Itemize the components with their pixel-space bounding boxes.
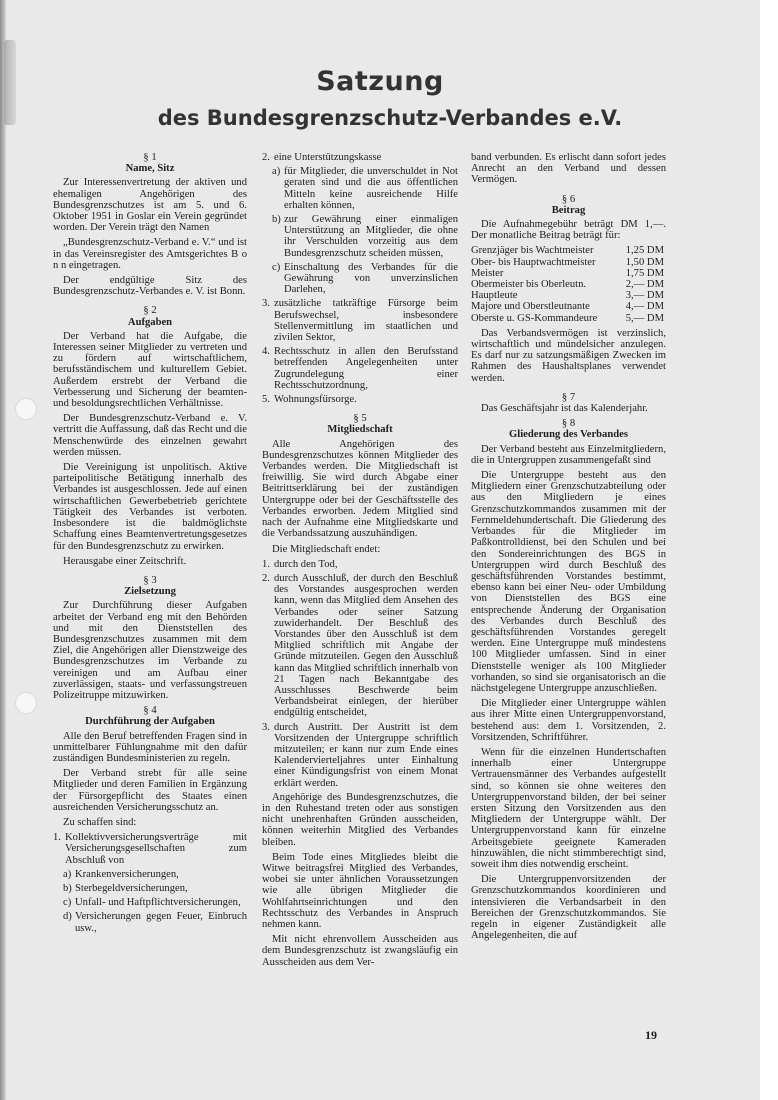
list-marker: 1. xyxy=(262,559,274,570)
list-item: 1. Kollektivversicherungsverträge mit Ve… xyxy=(53,832,247,866)
paragraph: Das Geschäftsjahr ist das Kalenderjahr. xyxy=(471,403,666,414)
paragraph: Mit nicht ehrenvollem Ausscheiden aus de… xyxy=(262,934,458,968)
list-item: a)für Mitglieder, die unverschuldet in N… xyxy=(272,166,458,211)
page-number: 19 xyxy=(645,1028,657,1043)
document-title: Satzung xyxy=(0,66,760,97)
section-title: Durchführung der Aufgaben xyxy=(53,716,247,727)
list-item: d)Versicherungen gegen Feuer, Einbruch u… xyxy=(63,911,247,933)
document-page: Satzung des Bundesgrenzschutz-Verbandes … xyxy=(0,0,760,1100)
page-binding-edge xyxy=(0,0,6,1100)
paragraph: Die Mitgliedschaft endet: xyxy=(262,544,458,555)
paragraph: Die Untergruppenvorsitzenden der Grenzsc… xyxy=(471,874,666,941)
section-number: § 1 xyxy=(53,152,247,163)
section-title: Zielsetzung xyxy=(53,586,247,597)
punch-hole xyxy=(15,692,37,714)
fee-group: Majore und Oberstleutnante xyxy=(471,301,619,312)
section-title: Gliederung des Verbandes xyxy=(471,429,666,440)
list-marker: a) xyxy=(272,166,284,211)
fee-group: Meister xyxy=(471,268,619,279)
list-item: 4.Rechtsschutz in allen den Berufsstand … xyxy=(262,346,458,391)
section-number: § 6 xyxy=(471,194,666,205)
paragraph: Der endgültige Sitz des Bundesgrenzschut… xyxy=(53,275,247,297)
paragraph: Alle Angehörigen des Bundesgrenzschutzes… xyxy=(262,439,458,540)
list-marker: 2. xyxy=(262,573,274,719)
paragraph: Beim Tode eines Mitgliedes bleibt die Wi… xyxy=(262,852,458,930)
fee-group: Ober- bis Hauptwachtmeister xyxy=(471,257,619,268)
list-marker: 2. xyxy=(262,152,274,163)
section-number: § 8 xyxy=(471,418,666,429)
paragraph: Zur Interessenvertretung der aktiven und… xyxy=(53,177,247,233)
section-title: Mitgliedschaft xyxy=(262,424,458,435)
paragraph: Der Verband besteht aus Einzelmitglieder… xyxy=(471,444,666,466)
list-text: Wohnungsfürsorge. xyxy=(274,394,458,405)
list-text: zur Gewährung einer einmaligen Unterstüt… xyxy=(284,214,458,259)
fee-amount: 2,— DM xyxy=(619,279,666,290)
list-marker: c) xyxy=(63,897,75,908)
list-marker: 1. xyxy=(53,832,65,866)
list-item: a)Krankenversicherungen, xyxy=(63,869,247,880)
fee-row: Majore und Oberstleutnante4,— DM xyxy=(471,301,666,312)
list-marker: b) xyxy=(272,214,284,259)
paragraph: „Bundesgrenzschutz-Verband e. V.“ und is… xyxy=(53,237,247,271)
list-marker: a) xyxy=(63,869,75,880)
list-text: Rechtsschutz in allen den Berufsstand be… xyxy=(274,346,458,391)
paragraph: Der Verband strebt für alle seine Mitgli… xyxy=(53,768,247,813)
fee-amount: 1,25 DM xyxy=(619,245,666,256)
punch-hole xyxy=(15,398,37,420)
column-1: § 1 Name, Sitz Zur Interessenvertretung … xyxy=(53,152,247,937)
list-text: für Mitglieder, die unverschuldet in Not… xyxy=(284,166,458,211)
list-text: durch Ausschluß, der durch den Beschluß … xyxy=(274,573,458,719)
fee-row: Oberste u. GS-Kommandeure5,— DM xyxy=(471,313,666,324)
paragraph: Zu schaffen sind: xyxy=(53,817,247,828)
list-item: 2.durch Ausschluß, der durch den Beschlu… xyxy=(262,573,458,719)
fee-amount: 5,— DM xyxy=(619,313,666,324)
section-number: § 4 xyxy=(53,705,247,716)
fee-row: Ober- bis Hauptwachtmeister1,50 DM xyxy=(471,257,666,268)
list-text: zusätzliche tatkräftige Fürsorge beim Be… xyxy=(274,298,458,343)
list-item: b)Sterbegeldversicherungen, xyxy=(63,883,247,894)
list-item: c)Einschaltung des Verbandes für die Gew… xyxy=(272,262,458,296)
list-item: 3.durch Austritt. Der Austritt ist dem V… xyxy=(262,722,458,789)
list-text: Unfall- und Haftpflichtversicherungen, xyxy=(75,897,247,908)
paragraph: Die Vereinigung ist unpolitisch. Aktive … xyxy=(53,462,247,552)
list-marker: 3. xyxy=(262,298,274,343)
document-subtitle: des Bundesgrenzschutz-Verbandes e.V. xyxy=(10,106,770,130)
column-2: 2. eine Unterstützungskasse a)für Mitgli… xyxy=(262,152,458,972)
fee-row: Hauptleute3,— DM xyxy=(471,290,666,301)
paragraph: Der Verband hat die Aufgabe, die Interes… xyxy=(53,331,247,409)
paragraph: Zur Durchführung dieser Aufgaben arbeite… xyxy=(53,600,247,701)
list-item: 1.durch den Tod, xyxy=(262,559,458,570)
section-title: Aufgaben xyxy=(53,317,247,328)
fee-group: Oberste u. GS-Kommandeure xyxy=(471,313,619,324)
paragraph: Angehörige des Bundesgrenzschutzes, die … xyxy=(262,792,458,848)
paragraph: Wenn für die einzelnen Hundertschaften i… xyxy=(471,747,666,870)
fee-amount: 1,50 DM xyxy=(619,257,666,268)
fee-group: Grenzjäger bis Wachtmeister xyxy=(471,245,619,256)
section-number: § 7 xyxy=(471,392,666,403)
fee-row: Meister1,75 DM xyxy=(471,268,666,279)
list-item: c)Unfall- und Haftpflichtversicherungen, xyxy=(63,897,247,908)
paragraph: Die Aufnahmegebühr beträgt DM 1,—. Der m… xyxy=(471,219,666,241)
paragraph: Alle den Beruf betreffenden Fragen sind … xyxy=(53,731,247,765)
list-marker: 5. xyxy=(262,394,274,405)
paragraph: Die Untergruppe besteht aus den Mitglied… xyxy=(471,470,666,694)
section-number: § 3 xyxy=(53,575,247,586)
list-marker: 3. xyxy=(262,722,274,789)
list-text: Einschaltung des Verbandes für die Gewäh… xyxy=(284,262,458,296)
list-text: Krankenversicherungen, xyxy=(75,869,247,880)
fee-table: Grenzjäger bis Wachtmeister1,25 DMOber- … xyxy=(471,245,666,323)
paragraph: band verbunden. Es erlischt dann sofort … xyxy=(471,152,666,186)
list-text: durch Austritt. Der Austritt ist dem Vor… xyxy=(274,722,458,789)
list-text: eine Unterstützungskasse xyxy=(274,152,458,163)
list-item: 3.zusätzliche tatkräftige Fürsorge beim … xyxy=(262,298,458,343)
fee-amount: 3,— DM xyxy=(619,290,666,301)
section-title: Beitrag xyxy=(471,205,666,216)
list-marker: c) xyxy=(272,262,284,296)
paragraph: Das Verbandsvermögen ist verzinslich, wi… xyxy=(471,328,666,384)
fee-group: Obermeister bis Oberleutn. xyxy=(471,279,619,290)
section-number: § 5 xyxy=(262,413,458,424)
list-item: 2. eine Unterstützungskasse xyxy=(262,152,458,163)
paragraph: Herausgabe einer Zeitschrift. xyxy=(53,556,247,567)
fee-group: Hauptleute xyxy=(471,290,619,301)
list-marker: d) xyxy=(63,911,75,933)
column-3: band verbunden. Es erlischt dann sofort … xyxy=(471,152,666,945)
fee-amount: 4,— DM xyxy=(619,301,666,312)
list-marker: 4. xyxy=(262,346,274,391)
list-text: durch den Tod, xyxy=(274,559,458,570)
list-text: Sterbegeldversicherungen, xyxy=(75,883,247,894)
fee-row: Obermeister bis Oberleutn.2,— DM xyxy=(471,279,666,290)
paragraph: Die Mitglieder einer Untergruppe wählen … xyxy=(471,698,666,743)
section-number: § 2 xyxy=(53,305,247,316)
list-text: Versicherungen gegen Feuer, Einbruch usw… xyxy=(75,911,247,933)
list-item: 5.Wohnungsfürsorge. xyxy=(262,394,458,405)
fee-row: Grenzjäger bis Wachtmeister1,25 DM xyxy=(471,245,666,256)
list-item: b)zur Gewährung einer einmaligen Unterst… xyxy=(272,214,458,259)
list-marker: b) xyxy=(63,883,75,894)
fee-amount: 1,75 DM xyxy=(619,268,666,279)
section-title: Name, Sitz xyxy=(53,163,247,174)
list-text: Kollektivversicherungsverträge mit Versi… xyxy=(65,832,247,866)
paragraph: Der Bundesgrenzschutz-Verband e. V. vert… xyxy=(53,413,247,458)
